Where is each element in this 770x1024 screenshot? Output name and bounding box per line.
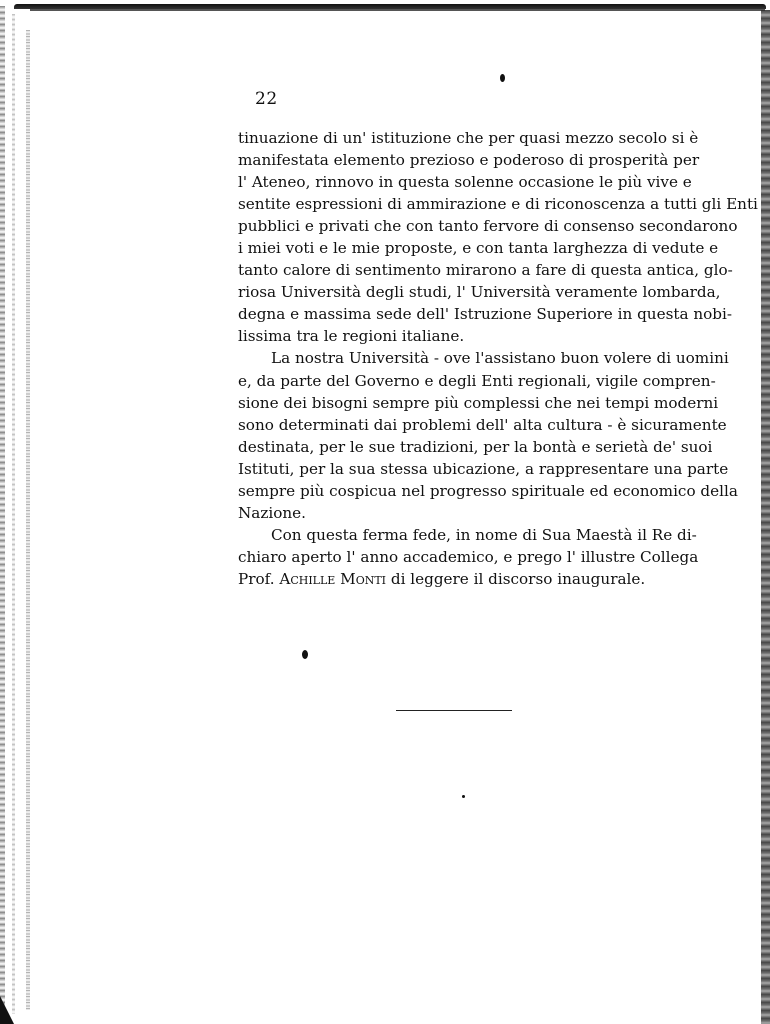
- text-line: l' Ateneo, rinnovo in questa solenne occ…: [238, 171, 669, 193]
- speaker-name: Achille Monti: [279, 570, 386, 588]
- scan-left-edge-inner: [12, 14, 15, 1014]
- text-line: Con questa ferma fede, in nome di Sua Ma…: [238, 524, 669, 546]
- text-line: chiaro aperto l' anno accademico, e preg…: [238, 546, 669, 568]
- scan-corner-shadow: [0, 996, 14, 1024]
- text-line: Nazione.: [238, 502, 669, 524]
- paragraph: Con questa ferma fede, in nome di Sua Ma…: [238, 524, 669, 590]
- section-end-rule: [396, 710, 512, 711]
- text-line: sione dei bisogni sempre più complessi c…: [238, 392, 669, 414]
- paragraph: tinuazione di un' istituzione che per qu…: [238, 127, 669, 347]
- body-text: tinuazione di un' istituzione che per qu…: [238, 127, 669, 590]
- title-prefix: Prof.: [238, 570, 279, 588]
- text-line: lissima tra le regioni italiane.: [238, 325, 669, 347]
- text-line: degna e massima sede dell' Istruzione Su…: [238, 303, 669, 325]
- text-line: Istituti, per la sua stessa ubicazione, …: [238, 458, 669, 480]
- text-line: e, da parte del Governo e degli Enti reg…: [238, 370, 669, 392]
- text-line: manifestata elemento prezioso e poderoso…: [238, 149, 669, 171]
- text-line: Prof. Achille Monti di leggere il discor…: [238, 568, 669, 590]
- text-line: pubblici e privati che con tanto fervore…: [238, 215, 669, 237]
- text-line: i miei voti e le mie proposte, e con tan…: [238, 237, 669, 259]
- ink-speck: [462, 795, 465, 798]
- ink-speck: [500, 74, 505, 82]
- text-line: riosa Università degli studi, l' Univers…: [238, 281, 669, 303]
- page-number: 22: [255, 89, 278, 109]
- line-suffix: di leggere il discorso inaugurale.: [386, 570, 645, 588]
- text-line: sempre più cospicua nel progresso spirit…: [238, 480, 669, 502]
- paragraph: La nostra Università - ove l'assistano b…: [238, 347, 669, 523]
- scanned-page: 22 tinuazione di un' istituzione che per…: [0, 0, 770, 1024]
- text-line: tanto calore di sentimento mirarono a fa…: [238, 259, 669, 281]
- text-line: sono determinati dai problemi dell' alta…: [238, 414, 669, 436]
- scan-left-edge-page-stack: [26, 30, 30, 1010]
- scan-left-edge: [0, 6, 5, 1024]
- text-line: destinata, per le sue tradizioni, per la…: [238, 436, 669, 458]
- text-line: sentite espressioni di ammirazione e di …: [238, 193, 669, 215]
- scan-right-edge: [761, 10, 770, 1024]
- scan-top-edge-shadow: [30, 9, 765, 11]
- ink-speck: [302, 650, 308, 659]
- text-line: La nostra Università - ove l'assistano b…: [238, 347, 669, 369]
- text-line: tinuazione di un' istituzione che per qu…: [238, 127, 669, 149]
